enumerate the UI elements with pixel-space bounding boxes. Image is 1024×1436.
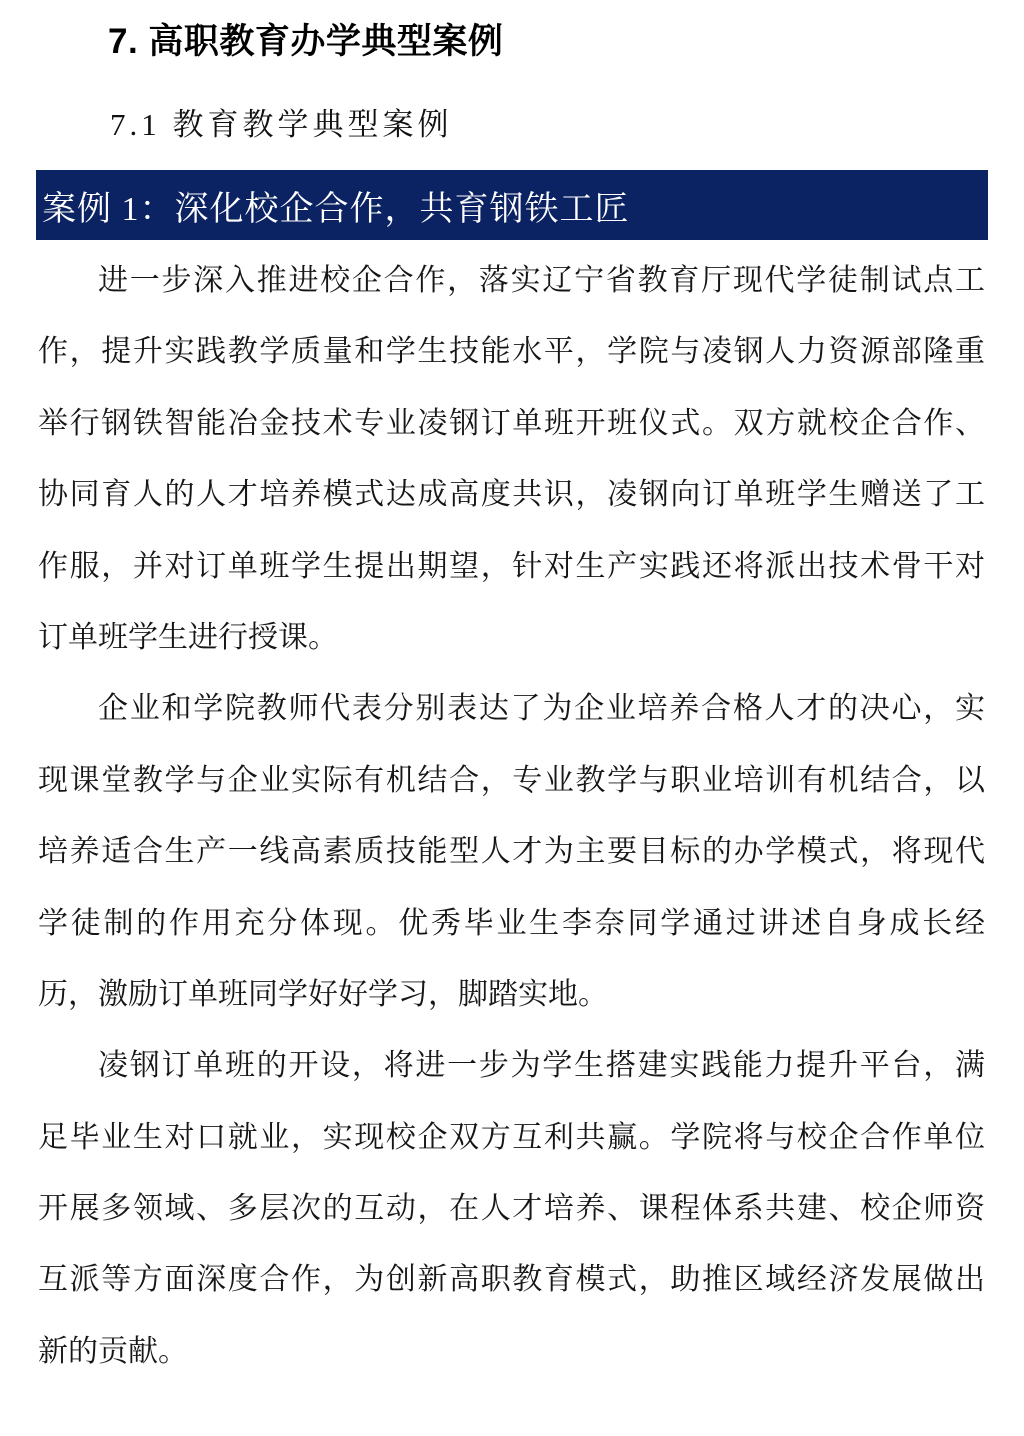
subsection-heading: 7.1 教育教学典型案例 xyxy=(110,106,453,143)
case-banner-label: 案例 1：深化校企合作，共育钢铁工匠 xyxy=(42,181,630,230)
case-banner: 案例 1：深化校企合作，共育钢铁工匠 xyxy=(36,170,988,240)
body-text: 进一步深入推进校企合作，落实辽宁省教育厅现代学徒制试点工 作，提升实践教学质量和… xyxy=(38,245,985,1387)
text-line: 历，激励订单班同学好好学习，脚踏实地。 xyxy=(38,959,985,1030)
text-line: 开展多领域、多层次的互动，在人才培养、课程体系共建、校企师资 xyxy=(38,1173,985,1244)
text-line: 学徒制的作用充分体现。优秀毕业生李奈同学通过讲述自身成长经 xyxy=(38,888,985,959)
text-line: 互派等方面深度合作，为创新高职教育模式，助推区域经济发展做出 xyxy=(38,1244,985,1315)
text-line: 作服，并对订单班学生提出期望，针对生产实践还将派出技术骨干对 xyxy=(38,531,985,602)
section-heading: 7. 高职教育办学典型案例 xyxy=(108,22,503,62)
text-line: 进一步深入推进校企合作，落实辽宁省教育厅现代学徒制试点工 xyxy=(38,245,985,316)
text-line: 培养适合生产一线高素质技能型人才为主要目标的办学模式，将现代 xyxy=(38,816,985,887)
text-line: 现课堂教学与企业实际有机结合，专业教学与职业培训有机结合，以 xyxy=(38,745,985,816)
text-line: 订单班学生进行授课。 xyxy=(38,602,985,673)
text-line: 作，提升实践教学质量和学生技能水平，学院与凌钢人力资源部隆重 xyxy=(38,316,985,387)
text-line: 新的贡献。 xyxy=(38,1316,985,1387)
document-page: 7. 高职教育办学典型案例 7.1 教育教学典型案例 案例 1：深化校企合作，共… xyxy=(0,0,1024,1436)
text-line: 企业和学院教师代表分别表达了为企业培养合格人才的决心，实 xyxy=(38,673,985,744)
text-line: 凌钢订单班的开设，将进一步为学生搭建实践能力提升平台，满 xyxy=(38,1030,985,1101)
text-line: 足毕业生对口就业，实现校企双方互利共赢。学院将与校企合作单位 xyxy=(38,1102,985,1173)
text-line: 协同育人的人才培养模式达成高度共识，凌钢向订单班学生赠送了工 xyxy=(38,459,985,530)
text-line: 举行钢铁智能冶金技术专业凌钢订单班开班仪式。双方就校企合作、 xyxy=(38,388,985,459)
